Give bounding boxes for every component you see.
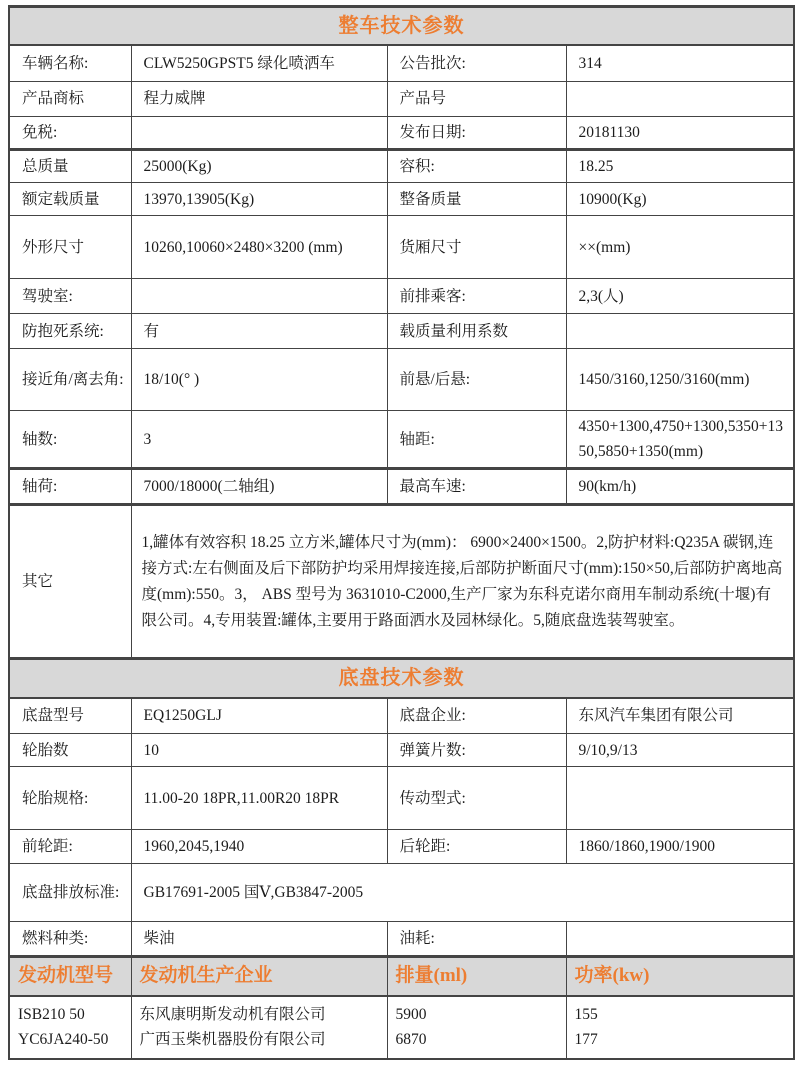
table-row: 驾驶室: 前排乘客: 2,3(人) — [9, 279, 794, 314]
field-value: 1860/1860,1900/1900 — [566, 830, 794, 864]
field-label: 弹簧片数: — [387, 734, 566, 767]
field-label: 整备质量 — [387, 183, 566, 216]
field-label: 驾驶室: — [9, 279, 131, 314]
field-label: 最高车速: — [387, 469, 566, 505]
table-row: 轴数: 3 轴距: 4350+1300,4750+1300,5350+1350,… — [9, 411, 794, 469]
field-value — [566, 314, 794, 349]
field-label: 轴数: — [9, 411, 131, 469]
table-row: 底盘型号 EQ1250GLJ 底盘企业: 东风汽车集团有限公司 — [9, 698, 794, 734]
field-label: 额定载质量 — [9, 183, 131, 216]
field-label: 轮胎数 — [9, 734, 131, 767]
table-row: 底盘排放标准: GB17691-2005 国Ⅴ,GB3847-2005 — [9, 864, 794, 922]
table-row: 防抱死系统: 有 载质量利用系数 — [9, 314, 794, 349]
field-value: 东风汽车集团有限公司 — [566, 698, 794, 734]
field-value — [566, 81, 794, 116]
field-value: 2,3(人) — [566, 279, 794, 314]
field-value: 程力威牌 — [131, 81, 387, 116]
field-label: 公告批次: — [387, 45, 566, 81]
field-label: 容积: — [387, 150, 566, 183]
table-row: 额定载质量 13970,13905(Kg) 整备质量 10900(Kg) — [9, 183, 794, 216]
field-label: 底盘排放标准: — [9, 864, 131, 922]
table-row: 前轮距: 1960,2045,1940 后轮距: 1860/1860,1900/… — [9, 830, 794, 864]
engine-displacement: 5900 — [387, 996, 566, 1027]
engine-displacement: 6870 — [387, 1027, 566, 1059]
page: 整车技术参数 车辆名称: CLW5250GPST5 绿化喷洒车 公告批次: 31… — [0, 0, 800, 1060]
field-value: 25000(Kg) — [131, 150, 387, 183]
table-row: 轮胎规格: 11.00-20 18PR,11.00R20 18PR 传动型式: — [9, 767, 794, 830]
field-value: 1450/3160,1250/3160(mm) — [566, 349, 794, 411]
field-value: 11.00-20 18PR,11.00R20 18PR — [131, 767, 387, 830]
field-value — [131, 116, 387, 149]
engine-model: ISB210 50 — [9, 996, 131, 1027]
table-row: 产品商标 程力威牌 产品号 — [9, 81, 794, 116]
field-value — [566, 922, 794, 957]
engine-col-header: 发动机生产企业 — [131, 957, 387, 996]
engine-power: 155 — [566, 996, 794, 1027]
table-row: 车辆名称: CLW5250GPST5 绿化喷洒车 公告批次: 314 — [9, 45, 794, 81]
field-label: 前排乘客: — [387, 279, 566, 314]
other-notes: 1,罐体有效容积 18.25 立方米,罐体尺寸为(mm)： 6900×2400×… — [131, 505, 794, 659]
field-value — [566, 767, 794, 830]
table-row: 轮胎数 10 弹簧片数: 9/10,9/13 — [9, 734, 794, 767]
field-label: 总质量 — [9, 150, 131, 183]
emission-standard-value: GB17691-2005 国Ⅴ,GB3847-2005 — [131, 864, 794, 922]
field-label: 燃料种类: — [9, 922, 131, 957]
table-row: 接近角/离去角: 18/10(° ) 前悬/后悬: 1450/3160,1250… — [9, 349, 794, 411]
field-label: 轮胎规格: — [9, 767, 131, 830]
table-row: YC6JA240-50 广西玉柴机器股份有限公司 6870 177 — [9, 1027, 794, 1059]
field-label: 后轮距: — [387, 830, 566, 864]
field-label: 免税: — [9, 116, 131, 149]
field-label: 轴距: — [387, 411, 566, 469]
field-value: 有 — [131, 314, 387, 349]
table-row: 轴荷: 7000/18000(二轴组) 最高车速: 90(km/h) — [9, 469, 794, 505]
engine-model: YC6JA240-50 — [9, 1027, 131, 1059]
field-value: 4350+1300,4750+1300,5350+1350,5850+1350(… — [566, 411, 794, 469]
engine-manufacturer: 东风康明斯发动机有限公司 — [131, 996, 387, 1027]
field-label: 载质量利用系数 — [387, 314, 566, 349]
field-value: 9/10,9/13 — [566, 734, 794, 767]
field-label: 前悬/后悬: — [387, 349, 566, 411]
field-label: 底盘型号 — [9, 698, 131, 734]
field-value: 1960,2045,1940 — [131, 830, 387, 864]
table-row: 整车技术参数 — [9, 7, 794, 46]
field-value: 7000/18000(二轴组) — [131, 469, 387, 505]
field-value: 10260,10060×2480×3200 (mm) — [131, 216, 387, 279]
table-row: 发动机型号 发动机生产企业 排量(ml) 功率(kw) — [9, 957, 794, 996]
engine-power: 177 — [566, 1027, 794, 1059]
field-value: 314 — [566, 45, 794, 81]
field-value: EQ1250GLJ — [131, 698, 387, 734]
engine-col-header: 发动机型号 — [9, 957, 131, 996]
field-label: 外形尺寸 — [9, 216, 131, 279]
field-label: 接近角/离去角: — [9, 349, 131, 411]
field-value: 10 — [131, 734, 387, 767]
table-row: ISB210 50 东风康明斯发动机有限公司 5900 155 — [9, 996, 794, 1027]
field-value: 18.25 — [566, 150, 794, 183]
field-label: 产品号 — [387, 81, 566, 116]
table-row: 外形尺寸 10260,10060×2480×3200 (mm) 货厢尺寸 ××(… — [9, 216, 794, 279]
field-value: ××(mm) — [566, 216, 794, 279]
field-value: 柴油 — [131, 922, 387, 957]
field-value: 10900(Kg) — [566, 183, 794, 216]
field-value: 90(km/h) — [566, 469, 794, 505]
section-title-chassis: 底盘技术参数 — [9, 659, 794, 698]
field-value — [131, 279, 387, 314]
section-title-vehicle: 整车技术参数 — [9, 7, 794, 46]
table-row: 底盘技术参数 — [9, 659, 794, 698]
field-value: 18/10(° ) — [131, 349, 387, 411]
spec-table: 整车技术参数 车辆名称: CLW5250GPST5 绿化喷洒车 公告批次: 31… — [8, 5, 795, 1060]
table-row: 免税: 发布日期: 20181130 — [9, 116, 794, 149]
engine-col-header: 功率(kw) — [566, 957, 794, 996]
field-label: 底盘企业: — [387, 698, 566, 734]
table-row: 燃料种类: 柴油 油耗: — [9, 922, 794, 957]
field-value: 13970,13905(Kg) — [131, 183, 387, 216]
engine-col-header: 排量(ml) — [387, 957, 566, 996]
field-label: 轴荷: — [9, 469, 131, 505]
field-value: CLW5250GPST5 绿化喷洒车 — [131, 45, 387, 81]
field-value: 20181130 — [566, 116, 794, 149]
table-row: 总质量 25000(Kg) 容积: 18.25 — [9, 150, 794, 183]
field-label: 发布日期: — [387, 116, 566, 149]
field-value: 3 — [131, 411, 387, 469]
field-label: 传动型式: — [387, 767, 566, 830]
field-label: 防抱死系统: — [9, 314, 131, 349]
field-label: 前轮距: — [9, 830, 131, 864]
field-label: 其它 — [9, 505, 131, 659]
table-row: 其它 1,罐体有效容积 18.25 立方米,罐体尺寸为(mm)： 6900×24… — [9, 505, 794, 659]
field-label: 车辆名称: — [9, 45, 131, 81]
field-label: 产品商标 — [9, 81, 131, 116]
field-label: 货厢尺寸 — [387, 216, 566, 279]
engine-manufacturer: 广西玉柴机器股份有限公司 — [131, 1027, 387, 1059]
field-label: 油耗: — [387, 922, 566, 957]
